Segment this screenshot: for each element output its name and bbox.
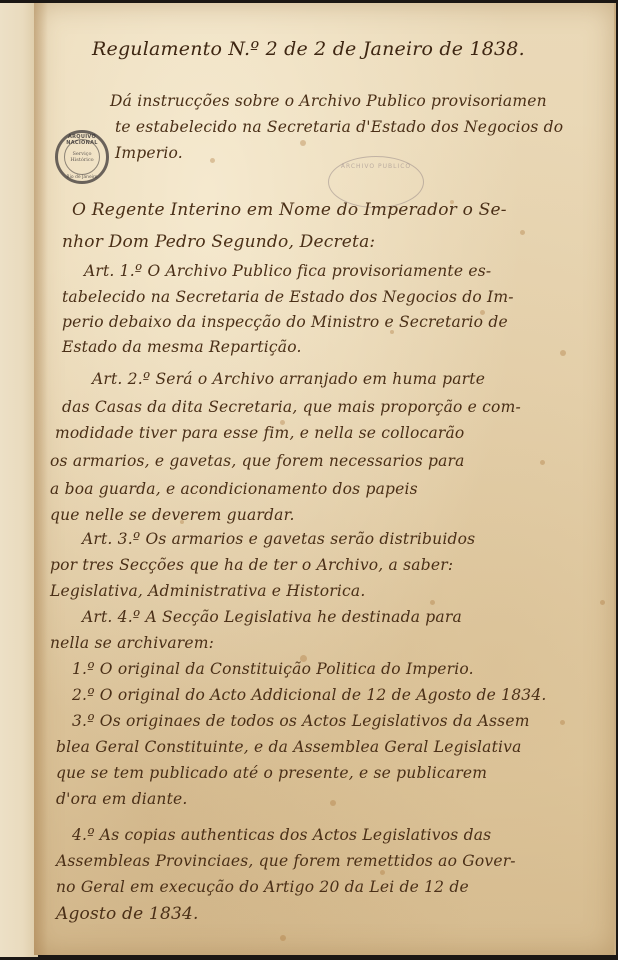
article-1-line: Estado da mesma Repartição. [62, 338, 302, 356]
foxing-spot [540, 460, 545, 465]
foxing-spot [520, 230, 525, 235]
article-2-line: Art. 2.º Será o Archivo arranjado em hum… [92, 370, 485, 388]
article-3-line: Art. 3.º Os armarios e gavetas serão dis… [82, 530, 475, 548]
archive-stamp: ARQUIVO NACIONAL Serviço Histórico Rio d… [55, 130, 109, 184]
stamp-ring-bottom: Rio de Janeiro [58, 175, 106, 180]
foxing-spot [560, 350, 566, 356]
article-1-line: perio debaixo da inspecção do Ministro e… [62, 313, 508, 331]
foxing-spot [560, 720, 565, 725]
article-2-line: que nelle se deverem guardar. [50, 506, 295, 524]
item-3-line: 3.º Os originaes de todos os Actos Legis… [72, 712, 530, 730]
faint-stamp-text: ARCHIVO PUBLICO [341, 163, 411, 170]
foxing-spot [380, 870, 385, 875]
item-2-line: 2.º O original do Acto Addicional de 12 … [72, 686, 547, 704]
summary-line: Imperio. [115, 144, 183, 162]
article-2-line: modidade tiver para esse fim, e nella se… [55, 424, 464, 442]
item-4-line: no Geral em execução do Artigo 20 da Lei… [56, 878, 469, 896]
page-edge-shadow [34, 3, 48, 955]
article-3-line: por tres Secções que ha de ter o Archivo… [50, 556, 453, 574]
preamble-line: nhor Dom Pedro Segundo, Decreta: [62, 232, 375, 252]
item-4-line: 4.º As copias authenticas dos Actos Legi… [72, 826, 491, 844]
item-3-line: d'ora em diante. [56, 790, 188, 808]
article-1-line: tabelecido na Secretaria de Estado dos N… [62, 288, 514, 306]
foxing-spot [210, 158, 215, 163]
article-3-line: Legislativa, Administrativa e Historica. [50, 582, 366, 600]
article-4-line: Art. 4.º A Secção Legislativa he destina… [82, 608, 462, 626]
document-viewer: ARQUIVO NACIONAL Serviço Histórico Rio d… [0, 0, 618, 960]
item-4-line: Assembleas Provinciaes, que forem remett… [56, 852, 516, 870]
summary-line: Dá instrucções sobre o Archivo Publico p… [110, 92, 547, 110]
summary-line: te estabelecido na Secretaria d'Estado d… [115, 118, 563, 136]
article-1-line: Art. 1.º O Archivo Publico fica provisor… [84, 262, 491, 280]
foxing-spot [280, 935, 286, 941]
article-2-line: das Casas da dita Secretaria, que mais p… [62, 398, 521, 416]
article-4-line: nella se archivarem: [50, 634, 214, 652]
item-3-line: que se tem publicado até o presente, e s… [56, 764, 487, 782]
article-2-line: a boa guarda, e acondicionamento dos pap… [50, 480, 418, 498]
item-1-line: 1.º O original da Constituição Politica … [72, 660, 474, 678]
foxing-spot [330, 800, 336, 806]
foxing-spot [300, 140, 306, 146]
item-4-line: Agosto de 1834. [56, 904, 199, 924]
stamp-center-line: Histórico [70, 157, 93, 163]
foxing-spot [600, 600, 605, 605]
document-title: Regulamento N.º 2 de 2 de Janeiro de 183… [92, 38, 525, 60]
binding-strip [0, 3, 38, 957]
preamble-line: O Regente Interino em Nome do Imperador … [72, 200, 507, 220]
item-3-line: blea Geral Constituinte, e da Assemblea … [56, 738, 522, 756]
article-2-line: os armarios, e gavetas, que forem necess… [50, 452, 465, 470]
stamp-ring-top: ARQUIVO NACIONAL [58, 134, 106, 146]
foxing-spot [430, 600, 435, 605]
